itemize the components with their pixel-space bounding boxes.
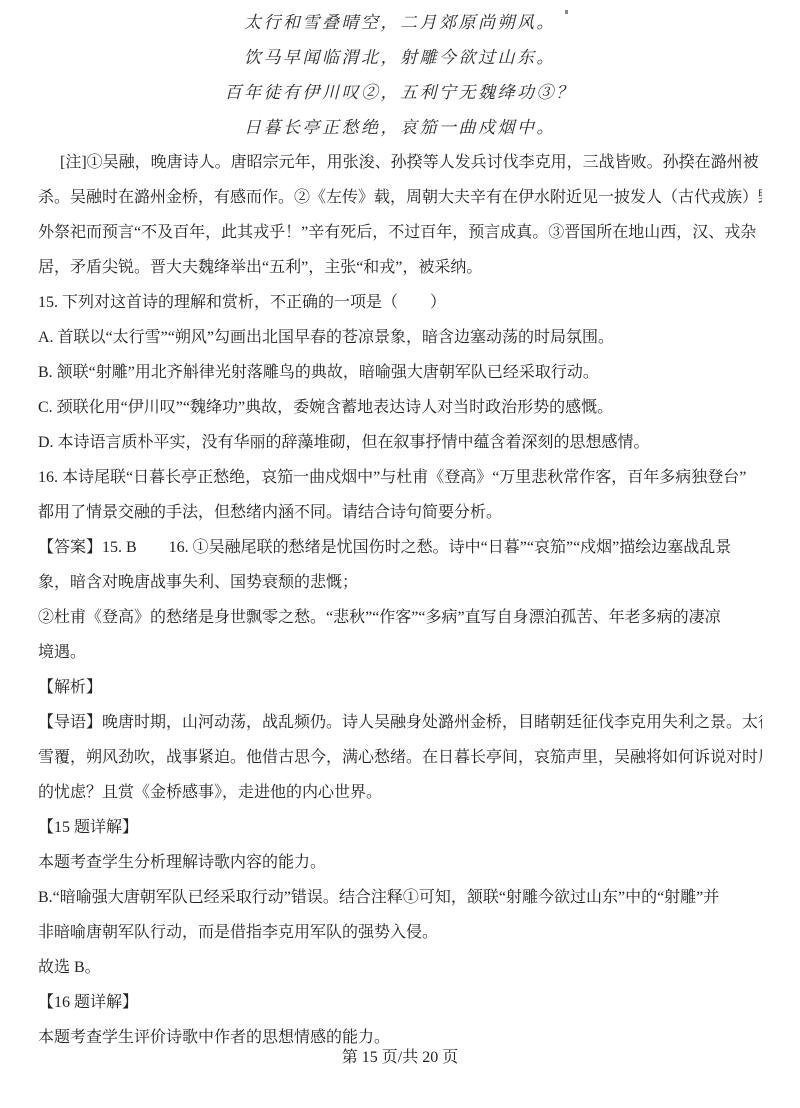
question-15-option-c: C. 颈联化用“伊川叹”“魏绛功”典故，委婉含蓄地表达诗人对当时政治形势的感慨。 [38,390,762,425]
detail-15-conclusion: 故选 B。 [38,950,762,985]
note-line-2: 杀。吴融时在潞州金桥，有感而作。②《左传》载，周朝大夫辛有在伊水附近见一披发人（… [38,180,762,215]
question-15-option-b: B. 颔联“射雕”用北齐斛律光射落雕鸟的典故，暗喻强大唐朝军队已经采取行动。 [38,355,762,390]
text-block: [注]①吴融，晚唐诗人。唐昭宗元年，用张浚、孙揆等人发兵讨伐李克用，三战皆败。孙… [38,145,762,1055]
answer-line-2: 象，暗含对晚唐战事失利、国势衰颓的悲慨； [38,565,762,600]
analysis-header: 【解析】 [38,670,762,705]
page-content: 太行和雪叠晴空，二月郊原尚朔风。 饮马早闻临渭北，射雕今欲过山东。 百年徒有伊川… [0,0,800,1055]
poem-line-2: 饮马早闻临渭北，射雕今欲过山东。 [38,40,762,75]
note-line-3: 外祭祀而预言“不及百年，此其戎乎！”辛有死后，不过百年，预言成真。③晋国所在地山… [38,215,762,250]
question-15-option-d: D. 本诗语言质朴平实，没有华丽的辞藻堆砌，但在叙事抒情中蕴含着深刻的思想感情。 [38,425,762,460]
intro-line-1: 【导语】晚唐时期，山河动荡，战乱频仍。诗人吴融身处潞州金桥，目睹朝廷征伐李克用失… [38,705,762,740]
answer-line-3: ②杜甫《登高》的愁绪是身世飘零之愁。“悲秋”“作客”“多病”直写自身漂泊孤苦、年… [38,600,762,635]
poem-line-3: 百年徒有伊川叹②，五利宁无魏绛功③？ [38,75,762,110]
question-15-stem: 15. 下列对这首诗的理解和赏析，不正确的一项是（ ） [38,285,762,320]
question-16-line-1: 16. 本诗尾联“日暮长亭正愁绝，哀笳一曲戍烟中”与杜甫《登高》“万里悲秋常作客… [38,460,762,495]
question-15-option-a: A. 首联以“太行雪”“朔风”勾画出北国早春的苍凉景象，暗含边塞动荡的时局氛围。 [38,320,762,355]
scan-artifact-dot [565,10,568,14]
note-line-4: 居，矛盾尖锐。晋大夫魏绛举出“五利”，主张“和戎”，被采纳。 [38,250,762,285]
detail-15-line-2: B.“暗喻强大唐朝军队已经采取行动”错误。结合注释①可知，颔联“射雕今欲过山东”… [38,880,762,915]
poem-block: 太行和雪叠晴空，二月郊原尚朔风。 饮马早闻临渭北，射雕今欲过山东。 百年徒有伊川… [38,5,762,145]
detail-16-header: 【16 题详解】 [38,985,762,1020]
intro-line-3: 的忧虑？且赏《金桥感事》，走进他的内心世界。 [38,775,762,810]
answer-line-4: 境遇。 [38,635,762,670]
question-16-line-2: 都用了情景交融的手法，但愁绪内涵不同。请结合诗句简要分析。 [38,495,762,530]
answer-line-1: 【答案】15. B 16. ①吴融尾联的愁绪是忧国伤时之愁。诗中“日暮”“哀笳”… [38,530,762,565]
document-page: 太行和雪叠晴空，二月郊原尚朔风。 饮马早闻临渭北，射雕今欲过山东。 百年徒有伊川… [0,0,800,1108]
poem-line-4: 日暮长亭正愁绝，哀笳一曲戍烟中。 [38,110,762,145]
intro-line-2: 雪覆，朔风劲吹，战事紧迫。他借古思今，满心愁绪。在日暮长亭间，哀笳声里，吴融将如… [38,740,762,775]
page-number-footer: 第 15 页/共 20 页 [0,1042,800,1074]
detail-15-line-3: 非暗喻唐朝军队行动，而是借指李克用军队的强势入侵。 [38,915,762,950]
poem-line-1: 太行和雪叠晴空，二月郊原尚朔风。 [38,5,762,40]
detail-15-line-1: 本题考查学生分析理解诗歌内容的能力。 [38,845,762,880]
detail-15-header: 【15 题详解】 [38,810,762,845]
note-line-1: [注]①吴融，晚唐诗人。唐昭宗元年，用张浚、孙揆等人发兵讨伐李克用，三战皆败。孙… [38,145,762,180]
